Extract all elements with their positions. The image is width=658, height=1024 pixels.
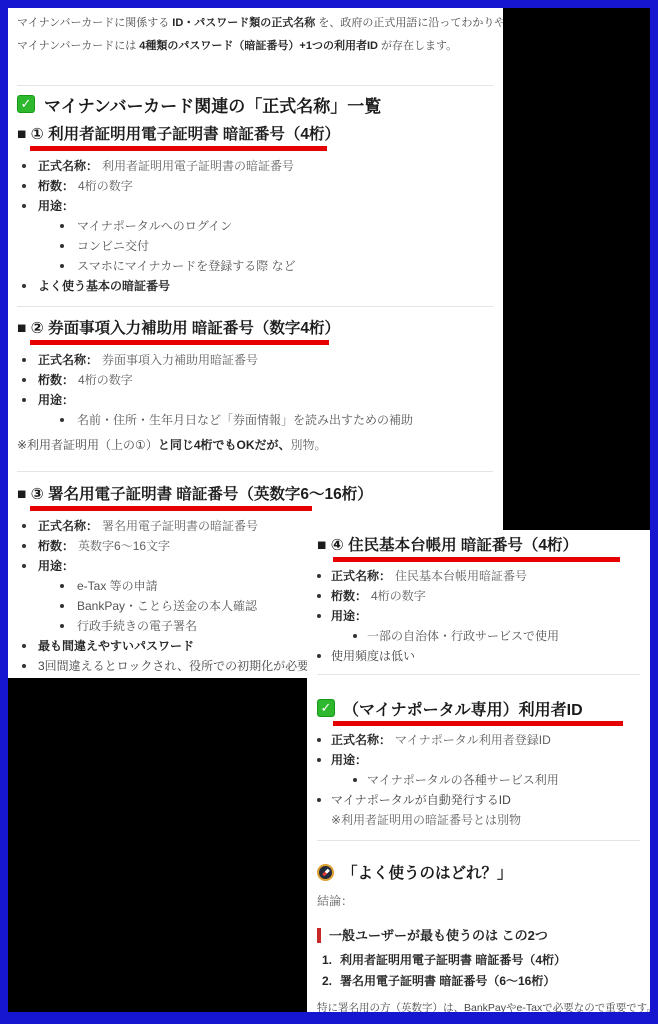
check-icon	[317, 699, 335, 717]
red-underline	[30, 506, 312, 511]
row-plain: 使用頻度は低い	[317, 649, 640, 664]
section-2-rows: 正式名称：券面事項入力補助用暗証番号桁数：4桁の数字用途：名前・住所・生年月日な…	[17, 353, 493, 453]
row-lv: 正式名称：券面事項入力補助用暗証番号	[17, 353, 493, 368]
field-label: 桁数：	[331, 589, 367, 603]
field-label: 正式名称：	[38, 353, 98, 367]
bullet-icon	[353, 778, 357, 782]
intro-line-1: マイナンバーカードに関係する ID・パスワード類の正式名称 を、政府の正式用語に…	[17, 16, 493, 31]
bullet-icon	[60, 418, 64, 422]
field-label: 用途：	[38, 393, 74, 407]
field-label: 正式名称：	[38, 519, 98, 533]
bullet-icon	[60, 244, 64, 248]
bullet-icon	[60, 604, 64, 608]
bullet-text: 名前・住所・生年月日など「券面情報」を読み出すための補助	[77, 413, 413, 427]
bullet-icon	[317, 738, 321, 742]
section-1-rows: 正式名称：利用者証明用電子証明書の暗証番号桁数：4桁の数字用途：マイナポータルへ…	[17, 159, 493, 294]
bullet-icon	[22, 398, 26, 402]
check-icon	[17, 95, 35, 113]
note-text: 別物。	[291, 438, 327, 452]
intro-bold-text: 4種類のパスワード（暗証番号）+1つの利用者ID	[139, 40, 378, 52]
divider	[17, 306, 493, 307]
divider	[317, 840, 640, 841]
bullet-icon	[22, 664, 26, 668]
bullet-text: e-Tax 等の申請	[77, 579, 158, 593]
bullet-icon	[22, 544, 26, 548]
bullet-icon	[317, 654, 321, 658]
divider	[317, 674, 640, 675]
intro-line-2: マイナンバーカードには 4種類のパスワード（暗証番号）+1つの利用者ID が存在…	[17, 39, 493, 54]
list-item: 1. 利用者証明用電子証明書 暗証番号（4桁）	[317, 953, 640, 968]
bullet-text: マイナポータルの各種サービス利用	[367, 773, 559, 787]
field-label: 用途：	[38, 199, 74, 213]
divider	[17, 471, 493, 472]
highlight-line: 一般ユーザーが最も使うのは この2つ	[317, 925, 640, 945]
field-label: 桁数：	[38, 179, 74, 193]
section-4-heading: ■ ④ 住民基本台帳用 暗証番号（4桁）	[317, 536, 640, 555]
field-value: 住民基本台帳用暗証番号	[395, 569, 527, 583]
section-2-heading: ■ ② 券面事項入力補助用 暗証番号（数字4桁）	[17, 319, 493, 338]
portal-id-heading-text: （マイナポータル専用）利用者ID	[343, 697, 583, 720]
bullet-icon	[22, 164, 26, 168]
row-bold: よく使う基本の暗証番号	[17, 279, 493, 294]
list-item-number: 1.	[322, 953, 332, 968]
intro-text: を、政府の正式用語に沿ってわかりやすくまとめます。	[315, 17, 503, 29]
row-note2: ※利用者証明用の暗証番号とは別物	[317, 813, 640, 828]
field-label: 用途：	[38, 559, 74, 573]
field-value: 4桁の数字	[78, 179, 133, 193]
bullet-icon	[60, 584, 64, 588]
bullet-icon	[22, 204, 26, 208]
row-note: ※利用者証明用（上の①）と同じ4桁でもOKだが、別物。	[17, 438, 493, 453]
bullet-icon	[22, 378, 26, 382]
summary-list: 1. 利用者証明用電子証明書 暗証番号（4桁） 2. 署名用電子証明書 暗証番号…	[317, 953, 640, 989]
intro-text: マイナンバーカードに関係する	[17, 17, 172, 29]
bullet-icon	[22, 564, 26, 568]
red-underline	[333, 721, 623, 726]
row-sub: マイナポータルへのログイン	[17, 219, 493, 234]
portal-id-heading: （マイナポータル専用）利用者ID	[317, 697, 640, 719]
bullet-icon	[60, 264, 64, 268]
bullet-text: 使用頻度は低い	[331, 649, 415, 663]
footnote-text: 特に署名用の方（英数字）は、BankPayやe-Taxで必要なので重要です。	[317, 1000, 640, 1012]
intro-bold-text: ID・パスワード類の正式名称	[172, 17, 315, 29]
note-text: ※利用者証明用（上の①）	[17, 438, 158, 452]
field-label: 用途：	[331, 609, 367, 623]
bullet-text: 行政手続きの電子署名	[77, 619, 197, 633]
summary-heading-text: 「よく使うのはどれ？」	[342, 861, 513, 883]
section-1-heading: ■ ① 利用者証明用電子証明書 暗証番号（4桁）	[17, 125, 493, 144]
row-lv: 正式名称：マイナポータル利用者登録ID	[317, 733, 640, 748]
field-value: 4桁の数字	[371, 589, 426, 603]
intro-text: が存在します。	[378, 40, 457, 52]
bullet-text: ※利用者証明用の暗証番号とは別物	[331, 813, 521, 827]
bullet-text: 最も間違えやすいパスワード	[38, 639, 194, 653]
intro-text: マイナンバーカードには	[17, 40, 139, 52]
field-label: 桁数：	[38, 373, 74, 387]
row-label: 用途：	[317, 753, 640, 768]
highlight-text: 一般ユーザーが最も使うのは この2つ	[329, 928, 548, 943]
row-lv: 桁数：4桁の数字	[317, 589, 640, 604]
bullet-icon	[317, 614, 321, 618]
row-sub: スマホにマイナカードを登録する際 など	[17, 259, 493, 274]
row-lv: 桁数：4桁の数字	[17, 373, 493, 388]
red-underline	[333, 557, 620, 562]
bullet-icon	[317, 574, 321, 578]
field-value: 利用者証明用電子証明書の暗証番号	[102, 159, 294, 173]
conclusion-label: 結論：	[317, 892, 640, 909]
bullet-text: BankPay・ことら送金の本人確認	[77, 599, 257, 613]
field-value: マイナポータル利用者登録ID	[395, 733, 551, 747]
row-label: 用途：	[17, 199, 493, 214]
red-underline	[30, 146, 327, 151]
page-title: マイナンバーカード関連の「正式名称」一覧	[17, 93, 493, 115]
red-bar-icon	[317, 928, 321, 943]
bullet-text: 一部の自治体・行政サービスで使用	[367, 629, 559, 643]
field-label: 正式名称：	[38, 159, 98, 173]
field-value: 署名用電子証明書の暗証番号	[102, 519, 258, 533]
red-underline	[30, 340, 329, 345]
row-sub: コンビニ交付	[17, 239, 493, 254]
field-value: 券面事項入力補助用暗証番号	[102, 353, 258, 367]
list-item-number: 2.	[322, 974, 332, 989]
bullet-icon	[60, 624, 64, 628]
compass-icon	[317, 864, 334, 881]
row-sub: 名前・住所・生年月日など「券面情報」を読み出すための補助	[17, 413, 493, 428]
field-label: 用途：	[331, 753, 367, 767]
bullet-icon	[22, 284, 26, 288]
note-bold-text: と同じ4桁でもOKだが、	[158, 438, 291, 452]
bullet-icon	[22, 358, 26, 362]
bullet-text: マイナポータルが自動発行するID	[331, 793, 511, 807]
summary-heading: 「よく使うのはどれ？」	[317, 861, 640, 883]
list-item: 2. 署名用電子証明書 暗証番号（6～16桁）	[317, 974, 640, 989]
list-item-text: 利用者証明用電子証明書 暗証番号（4桁）	[340, 953, 566, 967]
section-4-rows: 正式名称：住民基本台帳用暗証番号桁数：4桁の数字用途：一部の自治体・行政サービス…	[317, 569, 640, 664]
list-item-text: 署名用電子証明書 暗証番号（6～16桁）	[340, 974, 555, 988]
bullet-icon	[317, 758, 321, 762]
divider	[17, 85, 493, 86]
field-label: 正式名称：	[331, 569, 391, 583]
bullet-icon	[60, 224, 64, 228]
field-label: 正式名称：	[331, 733, 391, 747]
field-value: 英数字6～16文字	[78, 539, 170, 553]
bullet-icon	[353, 634, 357, 638]
bullet-icon	[22, 524, 26, 528]
row-sub: マイナポータルの各種サービス利用	[317, 773, 640, 788]
row-lv: 桁数：4桁の数字	[17, 179, 493, 194]
field-value: 4桁の数字	[78, 373, 133, 387]
bullet-icon	[22, 644, 26, 648]
field-label: 桁数：	[38, 539, 74, 553]
row-lv: 正式名称：住民基本台帳用暗証番号	[317, 569, 640, 584]
section-3-heading: ■ ③ 署名用電子証明書 暗証番号（英数字6～16桁）	[17, 485, 493, 504]
portal-id-rows: 正式名称：マイナポータル利用者登録ID用途：マイナポータルの各種サービス利用マイ…	[317, 733, 640, 828]
bullet-icon	[317, 594, 321, 598]
row-label: 用途：	[317, 609, 640, 624]
bullet-text: コンビニ交付	[77, 239, 149, 253]
document-root: { "colors":{ "frame_blue":"#1616d0", "ac…	[0, 0, 658, 1024]
row-sub: 一部の自治体・行政サービスで使用	[317, 629, 640, 644]
row-plain: マイナポータルが自動発行するID	[317, 793, 640, 808]
bullet-text: マイナポータルへのログイン	[77, 219, 232, 233]
bullet-icon	[22, 184, 26, 188]
bullet-text: スマホにマイナカードを登録する際 など	[77, 259, 296, 273]
page-title-text: マイナンバーカード関連の「正式名称」一覧	[44, 92, 381, 117]
bullet-text: 3回間違えるとロックされ、役所での初期化が必要	[38, 659, 309, 673]
bullet-icon	[317, 798, 321, 802]
row-label: 用途：	[17, 393, 493, 408]
row-lv: 正式名称：利用者証明用電子証明書の暗証番号	[17, 159, 493, 174]
bullet-text: よく使う基本の暗証番号	[38, 279, 170, 293]
right-column-panel: ■ ④ 住民基本台帳用 暗証番号（4桁） 正式名称：住民基本台帳用暗証番号桁数：…	[307, 530, 650, 1012]
